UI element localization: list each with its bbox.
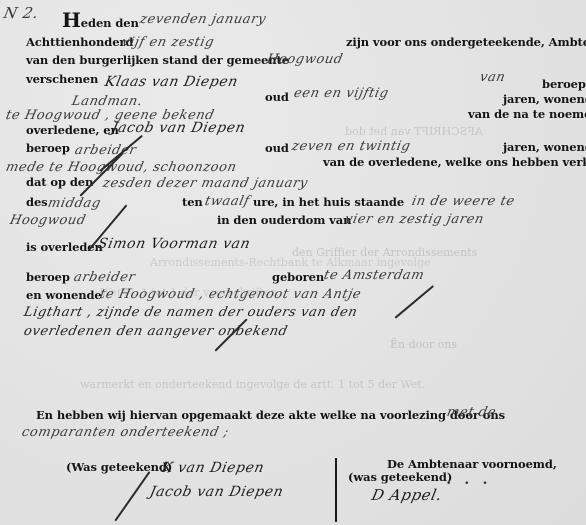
jaren-wonende-label-1: jaren, wonende bbox=[503, 92, 586, 106]
handwritten-closing-addition: met de bbox=[445, 405, 497, 420]
record-number: N 2. bbox=[2, 4, 40, 22]
bleed-through-text: Ën door ons bbox=[390, 338, 457, 351]
signature-declarant-2: Jacob van Diepen bbox=[148, 484, 285, 500]
signature-declarant-1: K van Diepen bbox=[160, 460, 265, 476]
handwritten-declarant-1-name: Klaas van Diepen bbox=[103, 74, 239, 90]
signature-divider-brace bbox=[335, 458, 337, 522]
zijn-voor-ons-label: zijn voor ons ondergeteekende, Ambtenaar bbox=[346, 35, 586, 49]
van-de-overledene-label: van de overledene, welke ons hebben verk… bbox=[323, 155, 586, 169]
handwritten-year: vijf en zestig bbox=[120, 35, 215, 50]
handwritten-deceased-occupation: arbeider bbox=[72, 270, 136, 285]
handwritten-day: zevenden january bbox=[138, 12, 267, 27]
handwritten-death-hour: twaalf bbox=[203, 194, 251, 209]
was-geteekend-left: (Was geteekend) bbox=[66, 460, 172, 474]
handwritten-birthplace: te Amsterdam bbox=[322, 268, 425, 283]
handwritten-death-house: in de weere te bbox=[410, 194, 516, 209]
pen-stroke bbox=[114, 471, 150, 521]
ouderdom-label: in den ouderdom van bbox=[217, 213, 351, 227]
handwritten-declarant-1-van: van bbox=[478, 70, 506, 85]
burgerlijke-stand-label: van den burgerlijken stand der gemeente bbox=[26, 53, 289, 67]
handwritten-declarant-1-occupation: Landman. bbox=[70, 94, 144, 109]
handwritten-deceased-name: Simon Voorman van bbox=[96, 236, 252, 252]
handwritten-residence-spouse: te Hoogwoud , echtgenoot van Antje bbox=[98, 287, 362, 302]
signature-official: D Appel. bbox=[370, 486, 444, 504]
beroep-label-3: beroep bbox=[26, 270, 70, 284]
handwritten-closing-line-2: comparanten onderteekend ; bbox=[20, 425, 230, 440]
was-geteekend-right: (was geteekend) bbox=[348, 470, 452, 484]
ambtenaar-voornoemd-label: De Ambtenaar voornoemd, bbox=[387, 457, 557, 471]
handwritten-declarant-2-name: Jacob van Diepen bbox=[110, 120, 247, 136]
oud-label-1: oud bbox=[265, 90, 289, 104]
handwritten-declarant-1-age: een en vijftig bbox=[292, 86, 390, 101]
signature-dots: • • • bbox=[446, 479, 493, 489]
verschenen-label: verschenen bbox=[26, 72, 98, 86]
handwritten-death-weekday: middag bbox=[46, 196, 102, 211]
overledene-en-label: overledene, en bbox=[26, 123, 119, 137]
ten-label: ten bbox=[182, 195, 203, 209]
handwritten-parents-unknown: overledenen den aangever onbekend bbox=[22, 324, 289, 339]
handwritten-death-place: Hoogwoud bbox=[8, 213, 87, 228]
achttienhonderd-label: Achttienhonderd bbox=[26, 35, 133, 49]
des-label: des bbox=[26, 195, 48, 209]
scanned-document-page: AFSCHRIFT van het dod den Griffier der A… bbox=[0, 0, 586, 525]
closing-statement: En hebben wij hiervan opgemaakt deze akt… bbox=[36, 408, 505, 422]
ure-in-het-huis-label: ure, in het huis staande bbox=[253, 195, 404, 209]
bleed-through-text: warmerkt en onderteekend ingevolge de ar… bbox=[80, 378, 425, 391]
beroep-label-1: beroep bbox=[542, 77, 586, 91]
jaren-wonende-label-2: jaren, wonende bbox=[503, 140, 586, 154]
geboren-label: geboren bbox=[272, 270, 324, 284]
en-wonende-label: en wonende bbox=[26, 288, 102, 302]
beroep-label-2: beroep bbox=[26, 141, 70, 155]
handwritten-municipality: Hoogwoud bbox=[265, 52, 344, 67]
dat-op-den-label: dat op den bbox=[26, 175, 93, 189]
bleed-through-text: AFSCHRIFT van het dod bbox=[345, 125, 483, 138]
handwritten-spouse-clause: Ligthart , zijnde de namen der ouders va… bbox=[22, 305, 358, 320]
oud-label-2: oud bbox=[265, 141, 289, 155]
handwritten-declarant-2-age: zeven en twintig bbox=[290, 139, 412, 154]
pen-stroke bbox=[394, 285, 433, 318]
handwritten-death-day: zesden dezer maand january bbox=[101, 176, 309, 191]
heden-den-label: Heden den bbox=[62, 8, 139, 32]
handwritten-deceased-age: vier en zestig jaren bbox=[343, 212, 485, 227]
handwritten-declarant-2-residence: mede te Hoogwoud, schoonzoon bbox=[4, 160, 238, 175]
van-de-na-te-noemen-label: van de na te noemen bbox=[468, 107, 586, 121]
